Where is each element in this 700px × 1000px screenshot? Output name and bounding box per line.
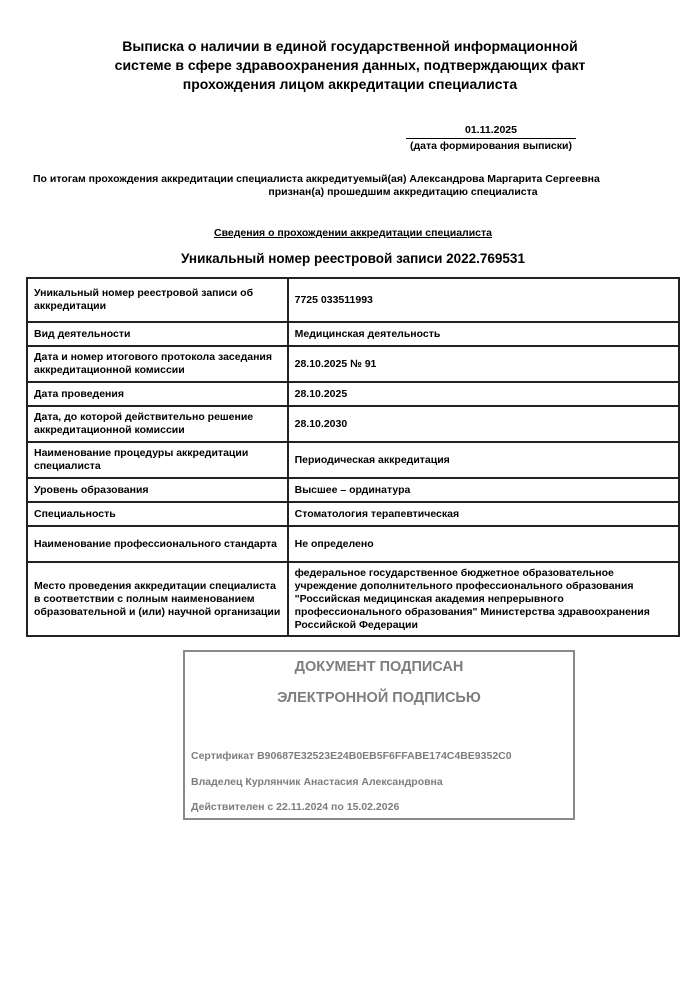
accreditation-result-statement: По итогам прохождения аккредитации специ… — [0, 173, 688, 199]
stamp-certificate: Сертификат B90687E32523E24B0EB5F6FFABE17… — [191, 750, 512, 762]
formation-date-caption: (дата формирования выписки) — [406, 139, 576, 154]
result-line-2: признан(а) прошедшим аккредитацию специа… — [28, 186, 688, 199]
electronic-signature-stamp: ДОКУМЕНТ ПОДПИСАН ЭЛЕКТРОННОЙ ПОДПИСЬЮ С… — [183, 650, 575, 820]
table-row: Уникальный номер реестровой записи об ак… — [27, 278, 679, 322]
document-title-line-1: Выписка о наличии в единой государственн… — [0, 37, 700, 56]
registry-number-heading: Уникальный номер реестровой записи 2022.… — [0, 251, 700, 266]
row-value: Медицинская деятельность — [288, 322, 679, 346]
row-label: Наименование профессионального стандарта — [27, 526, 288, 562]
stamp-validity: Действителен с 22.11.2024 по 15.02.2026 — [191, 801, 399, 813]
row-label: Место проведения аккредитации специалист… — [27, 562, 288, 636]
result-line-1: По итогам прохождения аккредитации специ… — [28, 173, 688, 186]
row-label: Наименование процедуры аккредитации спец… — [27, 442, 288, 478]
section-heading: Сведения о прохождении аккредитации спец… — [0, 227, 700, 239]
row-value: Периодическая аккредитация — [288, 442, 679, 478]
document-title: Выписка о наличии в единой государственн… — [0, 37, 700, 94]
row-label: Дата и номер итогового протокола заседан… — [27, 346, 288, 382]
row-label: Специальность — [27, 502, 288, 526]
table-row: Вид деятельности Медицинская деятельност… — [27, 322, 679, 346]
row-label: Вид деятельности — [27, 322, 288, 346]
document-title-line-3: прохождения лицом аккредитации специалис… — [0, 75, 700, 94]
stamp-title-line-1: ДОКУМЕНТ ПОДПИСАН — [185, 659, 573, 675]
formation-date-block: 01.11.2025 (дата формирования выписки) — [406, 124, 576, 154]
document-title-line-2: системе в сфере здравоохранения данных, … — [0, 56, 700, 75]
table-row: Дата, до которой действительно решение а… — [27, 406, 679, 442]
stamp-owner: Владелец Курлянчик Анастасия Александров… — [191, 776, 443, 788]
row-value: Не определено — [288, 526, 679, 562]
formation-date: 01.11.2025 — [406, 124, 576, 139]
row-value: 28.10.2030 — [288, 406, 679, 442]
table-row: Наименование процедуры аккредитации спец… — [27, 442, 679, 478]
row-label: Уникальный номер реестровой записи об ак… — [27, 278, 288, 322]
row-value: Стоматология терапевтическая — [288, 502, 679, 526]
row-value: 28.10.2025 № 91 — [288, 346, 679, 382]
row-value: 7725 033511993 — [288, 278, 679, 322]
table-row: Дата проведения 28.10.2025 — [27, 382, 679, 406]
stamp-title-line-2: ЭЛЕКТРОННОЙ ПОДПИСЬЮ — [185, 690, 573, 706]
row-value: Высшее – ординатура — [288, 478, 679, 502]
row-label: Дата проведения — [27, 382, 288, 406]
row-label: Уровень образования — [27, 478, 288, 502]
accreditation-details-table: Уникальный номер реестровой записи об ак… — [26, 277, 680, 637]
table-row: Уровень образования Высшее – ординатура — [27, 478, 679, 502]
row-value: федеральное государственное бюджетное об… — [288, 562, 679, 636]
row-value: 28.10.2025 — [288, 382, 679, 406]
table-row: Специальность Стоматология терапевтическ… — [27, 502, 679, 526]
row-label: Дата, до которой действительно решение а… — [27, 406, 288, 442]
table-row: Дата и номер итогового протокола заседан… — [27, 346, 679, 382]
table-row: Место проведения аккредитации специалист… — [27, 562, 679, 636]
table-row: Наименование профессионального стандарта… — [27, 526, 679, 562]
